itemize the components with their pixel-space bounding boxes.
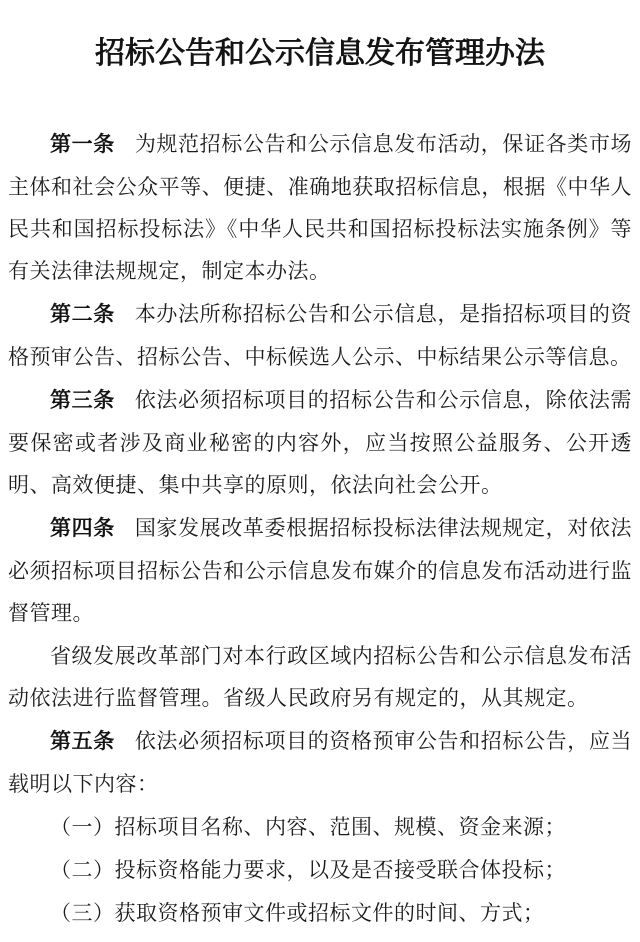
clause-paragraph: 第五条依法必须招标项目的资格预审公告和招标公告，应当载明以下内容：: [8, 720, 632, 805]
list-item-text: （二）投标资格能力要求，以及是否接受联合体投标；: [50, 858, 566, 882]
list-item: （一）招标项目名称、内容、范围、规模、资金来源；: [8, 806, 632, 848]
document-title: 招标公告和公示信息发布管理办法: [8, 34, 632, 74]
list-item: （二）投标资格能力要求，以及是否接受联合体投标；: [8, 849, 632, 891]
clause-number: 第三条: [50, 389, 115, 412]
list-item-text: （一）招标项目名称、内容、范围、规模、资金来源；: [50, 815, 566, 839]
clause-paragraph: 第四条国家发展改革委根据招标投标法律法规规定，对依法必须招标项目招标公告和公示信…: [8, 507, 632, 634]
clause-text: 省级发展改革部门对本行政区域内招标公告和公示信息发布活动依法进行监督管理。省级人…: [8, 644, 632, 710]
clause-number: 第二条: [50, 303, 115, 326]
clause-number: 第一条: [50, 133, 115, 156]
clause-number: 第五条: [50, 730, 115, 753]
list-item: （三）获取资格预审文件或招标文件的时间、方式；: [8, 892, 632, 934]
clause-paragraph: 省级发展改革部门对本行政区域内招标公告和公示信息发布活动依法进行监督管理。省级人…: [8, 635, 632, 719]
clause-paragraph: 第一条为规范招标公告和公示信息发布活动，保证各类市场主体和社会公众平等、便捷、准…: [8, 123, 632, 292]
clause-paragraph: 第二条本办法所称招标公告和公示信息，是指招标项目的资格预审公告、招标公告、中标候…: [8, 293, 632, 378]
clause-number: 第四条: [50, 517, 115, 540]
list-item-text: （三）获取资格预审文件或招标文件的时间、方式；: [50, 901, 545, 925]
document-page: 招标公告和公示信息发布管理办法 第一条为规范招标公告和公示信息发布活动，保证各类…: [0, 0, 640, 942]
clause-paragraph: 第三条依法必须招标项目的招标公告和公示信息，除依法需要保密或者涉及商业秘密的内容…: [8, 379, 632, 506]
